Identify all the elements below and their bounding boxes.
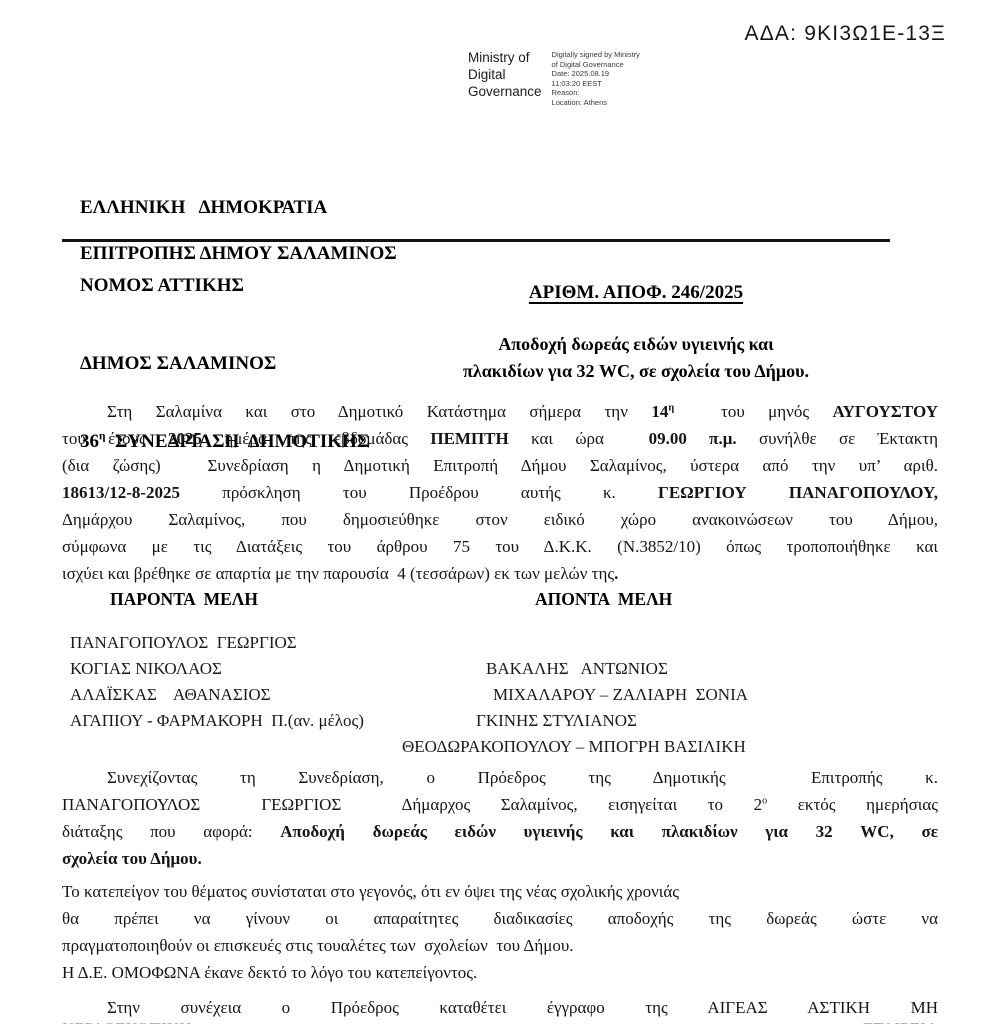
absent-members-header: ΑΠΟΝΤΑ ΜΕΛΗ	[535, 589, 672, 610]
paragraph-line: σύμφωνα με τις Διατάξεις του άρθρου 75 τ…	[62, 533, 938, 560]
cutoff-next-line: ΚΕΡΔΟΣΚΟΠΙΚΗ ΕΤΑΙΡΕΙΑ	[62, 1019, 938, 1024]
present-member-name: ΑΛΑΪΣΚΑΣ ΑΘΑΝΑΣΙΟΣ	[70, 682, 480, 708]
paragraph-line: διάταξης που αφορά: Αποδοχή δωρεάς ειδών…	[62, 818, 938, 845]
document-page: ΑΔΑ: 9ΚΙ3Ω1Ε-13Ξ Ministry of Digital Gov…	[0, 0, 996, 1024]
present-member-name: ΚΟΓΙΑΣ ΝΙΚΟΛΑΟΣ	[70, 656, 480, 682]
ada-code: ΑΔΑ: 9ΚΙ3Ω1Ε-13Ξ	[745, 22, 947, 46]
signature-ministry-line: Ministry of	[468, 49, 542, 66]
signature-detail-line: Date: 2025.08.19	[552, 69, 640, 79]
paragraph-line: ισχύει και βρέθηκε σε απαρτία με την παρ…	[62, 560, 938, 587]
paragraph-line: Η Δ.Ε. ΟΜΟΦΩΝΑ έκανε δεκτό το λόγο του κ…	[62, 959, 938, 986]
member-row: ΑΓΑΠΙΟΥ - ΦΑΡΜΑΚΟΡΗ Π.(αν. μέλος) ΓΚΙΝΗΣ…	[70, 708, 970, 734]
signature-detail-line: of Digital Governance	[552, 60, 640, 70]
signature-details: Digitally signed by Ministry of Digital …	[552, 49, 640, 108]
paragraph-line: (δια ζώσης) Συνεδρίαση η Δημοτική Επιτρο…	[62, 452, 938, 479]
paragraph-line: Δημάρχου Σαλαμίνος, που δημοσιεύθηκε στο…	[62, 506, 938, 533]
member-row: ΑΛΑΪΣΚΑΣ ΑΘΑΝΑΣΙΟΣ ΜΙΧΑΛΑΡΟΥ – ΖΑΛΙΑΡΗ Σ…	[70, 682, 970, 708]
divider-line	[62, 239, 890, 242]
paragraph-line: του έτους 2025 ημέρα της εβδομάδας ΠΕΜΠΤ…	[62, 425, 938, 452]
member-row: ΘΕΟΔΩΡΑΚΟΠΟΥΛΟΥ – ΜΠΟΓΡΗ ΒΑΣΙΛΙΚΗ	[70, 734, 970, 760]
signature-detail-line: Digitally signed by Ministry	[552, 50, 640, 60]
member-row: ΚΟΓΙΑΣ ΝΙΚΟΛΑΟΣ ΒΑΚΑΛΗΣ ΑΝΤΩΝΙΟΣ	[70, 656, 970, 682]
paragraph-line: Στη Σαλαμίνα και στο Δημοτικό Κατάστημα …	[62, 398, 938, 425]
paragraph-line: θα πρέπει να γίνουν οι απαραίτητες διαδι…	[62, 905, 938, 932]
signature-detail-line: Location: Athens	[552, 98, 640, 108]
decision-heading: ΑΡΙΘΜ. ΑΠΟΦ. 246/2025 Αποδοχή δωρεάς ειδ…	[396, 282, 876, 385]
session-paragraph: Συνεχίζοντας τη Συνεδρίαση, ο Πρόεδρος τ…	[62, 764, 938, 872]
present-member-name: ΠΑΝΑΓΟΠΟΥΛΟΣ ΓΕΩΡΓΙΟΣ	[70, 630, 480, 656]
signature-ministry-line: Digital	[468, 66, 542, 83]
letterhead-line-republic: ΕΛΛΗΝΙΚΗ ΔΗΜΟΚΡΑΤΙΑ	[80, 195, 369, 221]
closing-paragraph: Στην συνέχεια ο Πρόεδρος καταθέτει έγγρα…	[62, 994, 938, 1021]
paragraph-line: σχολεία του Δήμου.	[62, 845, 938, 872]
letterhead-line-municipality: ΔΗΜΟΣ ΣΑΛΑΜΙΝΟΣ	[80, 351, 369, 377]
letterhead-line-prefecture: ΝΟΜΟΣ ΑΤΤΙΚΗΣ	[80, 273, 369, 299]
decision-number: ΑΡΙΘΜ. ΑΠΟΦ. 246/2025	[396, 282, 876, 304]
signature-ministry-name: Ministry of Digital Governance	[468, 49, 542, 108]
absent-member-name: ΜΙΧΑΛΑΡΟΥ – ΖΑΛΙΑΡΗ ΣΟΝΙΑ	[493, 682, 748, 708]
intro-paragraph: Στη Σαλαμίνα και στο Δημοτικό Κατάστημα …	[62, 398, 938, 587]
paragraph-line: ΠΑΝΑΓΟΠΟΥΛΟΣ ΓΕΩΡΓΙΟΣ Δήμαρχος Σαλαμίνος…	[62, 791, 938, 818]
paragraph-line: 18613/12-8-2025 πρόσκληση του Προέδρου α…	[62, 479, 938, 506]
present-member-name: ΑΓΑΠΙΟΥ - ΦΑΡΜΑΚΟΡΗ Π.(αν. μέλος)	[70, 708, 480, 734]
signature-detail-line: 11:03:20 EEST	[552, 79, 640, 89]
members-list: ΠΑΝΑΓΟΠΟΥΛΟΣ ΓΕΩΡΓΙΟΣ ΚΟΓΙΑΣ ΝΙΚΟΛΑΟΣ ΒΑ…	[70, 630, 970, 760]
paragraph-line: πραγματοποιηθούν οι επισκευές στις τουαλ…	[62, 932, 938, 959]
paragraph-line: Στην συνέχεια ο Πρόεδρος καταθέτει έγγρα…	[62, 994, 938, 1021]
decision-subject-line: πλακιδίων για 32 WC, σε σχολεία του Δήμο…	[396, 358, 876, 385]
paragraph-line: Το κατεπείγον του θέματος συνίσταται στο…	[62, 878, 938, 905]
absent-member-name: ΓΚΙΝΗΣ ΣΤΥΛΙΑΝΟΣ	[476, 708, 637, 734]
signature-detail-line: Reason:	[552, 88, 640, 98]
signature-ministry-line: Governance	[468, 83, 542, 100]
digital-signature-stamp: Ministry of Digital Governance Digitally…	[468, 49, 640, 108]
member-row: ΠΑΝΑΓΟΠΟΥΛΟΣ ΓΕΩΡΓΙΟΣ	[70, 630, 970, 656]
present-members-header: ΠΑΡΟΝΤΑ ΜΕΛΗ	[110, 589, 258, 610]
urgency-paragraph: Το κατεπείγον του θέματος συνίσταται στο…	[62, 878, 938, 986]
absent-member-name: ΘΕΟΔΩΡΑΚΟΠΟΥΛΟΥ – ΜΠΟΓΡΗ ΒΑΣΙΛΙΚΗ	[402, 734, 746, 760]
absent-member-name: ΒΑΚΑΛΗΣ ΑΝΤΩΝΙΟΣ	[486, 656, 668, 682]
decision-subject-line: Αποδοχή δωρεάς ειδών υγιεινής και	[396, 331, 876, 358]
paragraph-line: Συνεχίζοντας τη Συνεδρίαση, ο Πρόεδρος τ…	[62, 764, 938, 791]
letterhead-line-committee: ΕΠΙΤΡΟΠΗΣ ΔΗΜΟΥ ΣΑΛΑΜΙΝΟΣ	[80, 243, 397, 265]
decision-subject: Αποδοχή δωρεάς ειδών υγιεινής και πλακιδ…	[396, 331, 876, 385]
